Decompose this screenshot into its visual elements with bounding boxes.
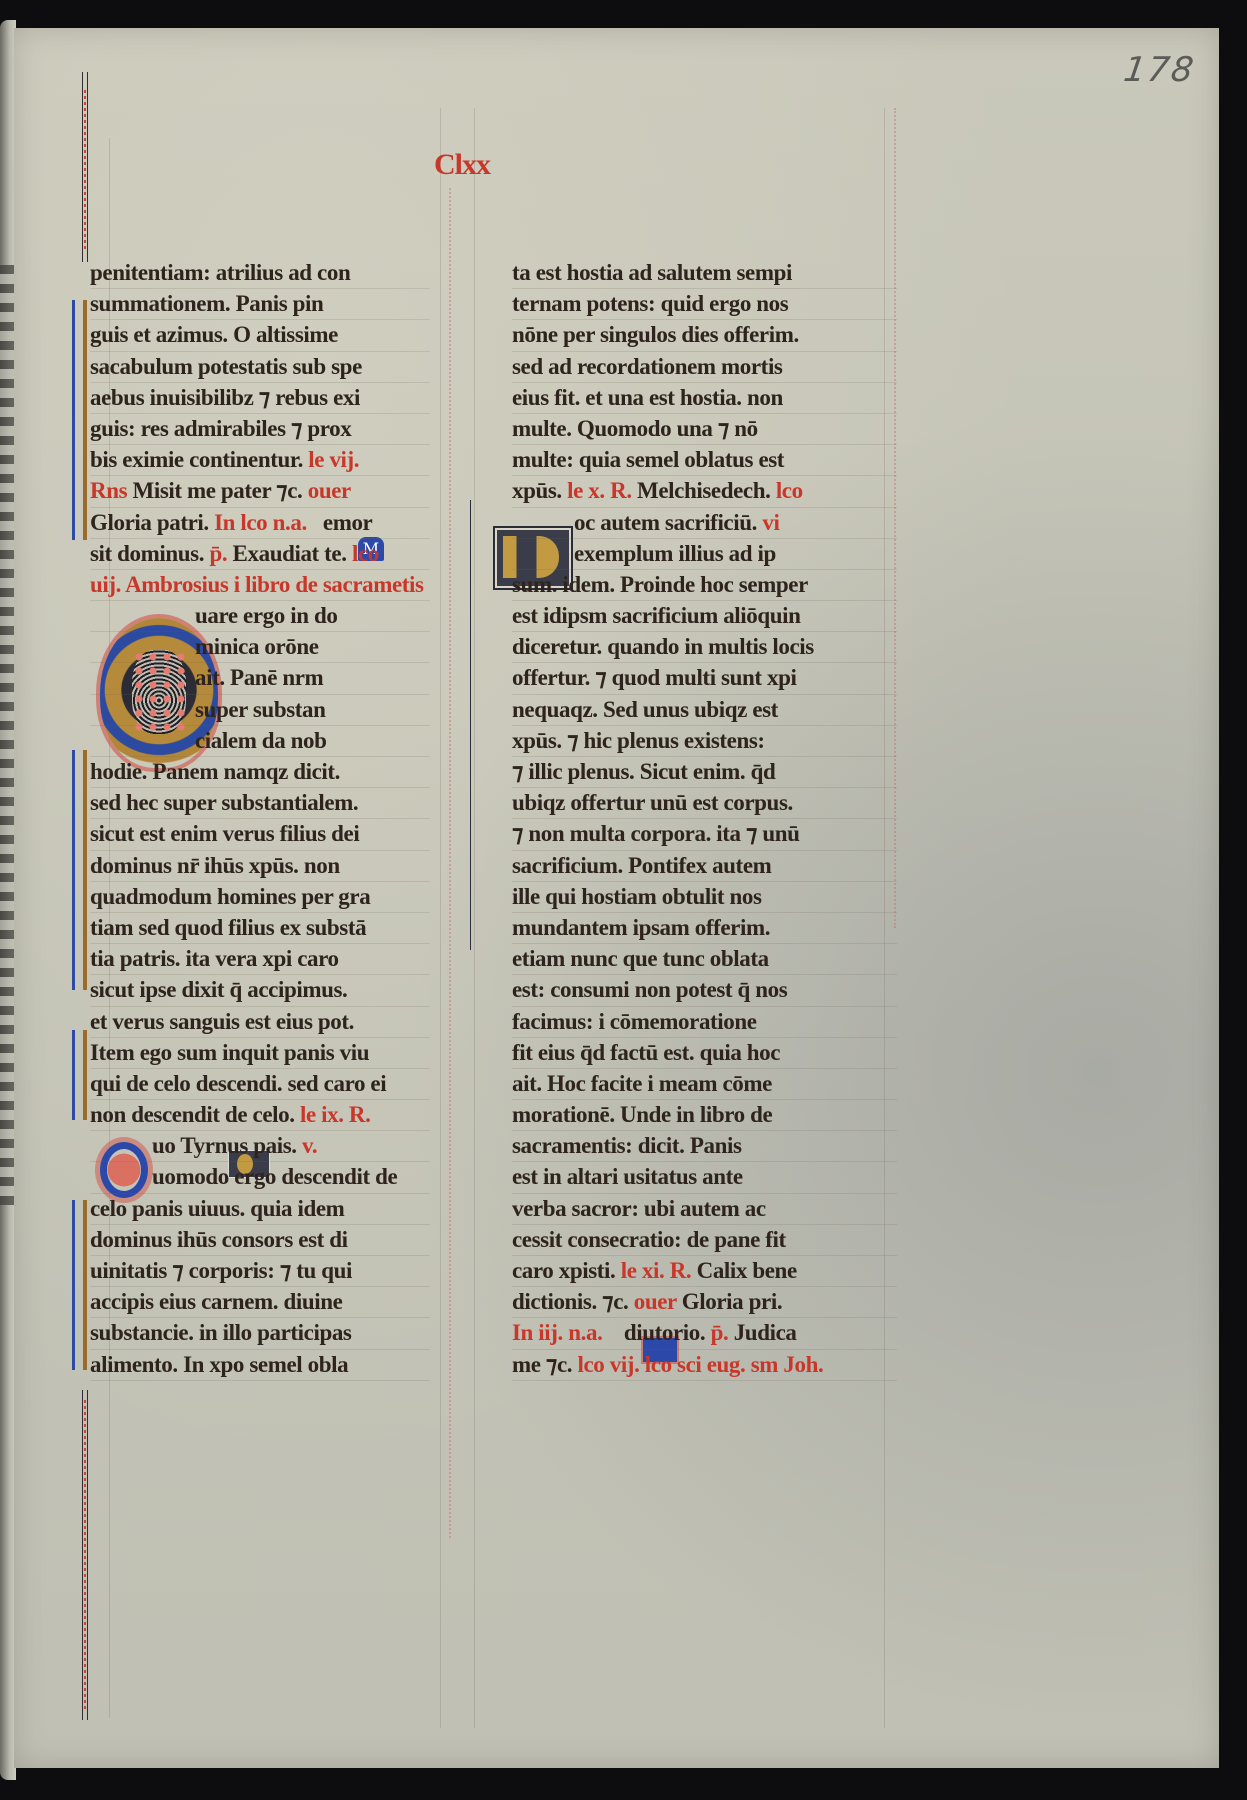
text-line: eius fit. et una est hostia. non <box>512 383 897 414</box>
pen-flourish <box>72 400 87 540</box>
text-line: cialem da nob <box>90 726 430 757</box>
pen-flourish <box>72 1200 87 1370</box>
rubric: p̄. <box>711 1320 729 1345</box>
text-line: celo panis uiuus. quia idem <box>90 1194 430 1225</box>
text-line: me ⁊c. lco vij. lco sci eug. sm Joh. <box>512 1350 897 1381</box>
text-line: sacramentis: dicit. Panis <box>512 1131 897 1162</box>
ruling-line-vertical <box>474 108 475 1728</box>
text-line: ait. Hoc facite i meam cōme <box>512 1069 897 1100</box>
text-line: super substan <box>90 695 430 726</box>
text-line: quadmodum homines per gra <box>90 882 430 913</box>
text-line: facimus: i cōmemoratione <box>512 1007 897 1038</box>
text-line: summationem. Panis pin <box>90 289 430 320</box>
text-line: guis et azimus. O altissime <box>90 320 430 351</box>
text-line: non descendit de celo. le ix. R. <box>90 1100 430 1131</box>
text-line: caro xpisti. le xi. R. Calix bene <box>512 1256 897 1287</box>
text-line: ta est hostia ad salutem sempi <box>512 258 897 289</box>
text-line: etiam nunc que tunc oblata <box>512 944 897 975</box>
text-line: sicut est enim verus filius dei <box>90 819 430 850</box>
rubric: le xi. R. <box>621 1258 692 1283</box>
text-line: diceretur. quando in multis locis <box>512 632 897 663</box>
text-line: offertur. ⁊ quod multi sunt xpi <box>512 663 897 694</box>
text-column-left: penitentiam: atrilius ad con summationem… <box>90 258 430 1381</box>
text-line: Item ego sum inquit panis viu <box>90 1038 430 1069</box>
text-line: xpūs. le x. R. Melchisedech. lco <box>512 476 897 507</box>
rubric: lco vij. lco sci eug. sm Joh. <box>577 1352 823 1377</box>
text-line: morationē. Unde in libro de <box>512 1100 897 1131</box>
text-line: Rns Misit me pater ⁊c. ouer <box>90 476 430 507</box>
text-line: guis: res admirabiles ⁊ prox <box>90 414 430 445</box>
text-line: alimento. In xpo semel obla <box>90 1350 430 1381</box>
text-line: ternam potens: quid ergo nos <box>512 289 897 320</box>
text-line: uare ergo in do <box>90 601 430 632</box>
rubric: In lco n.a. <box>214 510 307 535</box>
text-line: penitentiam: atrilius ad con <box>90 258 430 289</box>
text-line: et verus sanguis est eius pot. <box>90 1007 430 1038</box>
rubric: p̄. <box>209 541 227 566</box>
text-line: Gloria patri. In lco n.a. emor <box>90 508 430 539</box>
rubric: In iij. n.a. <box>512 1320 602 1345</box>
rubric: le ix. R. <box>300 1102 371 1127</box>
text-line: tia patris. ita vera xpi caro <box>90 944 430 975</box>
text-line: sicut ipse dixit q̄ accipimus. <box>90 975 430 1006</box>
text-line: exemplum illius ad ip <box>512 539 897 570</box>
text-line: nequaqz. Sed unus ubiqz est <box>512 695 897 726</box>
text-line: verba sacror: ubi autem ac <box>512 1194 897 1225</box>
rubric: ouer <box>308 478 351 503</box>
text-line: ⁊ non multa corpora. ita ⁊ unū <box>512 819 897 850</box>
text-line: uij. Ambrosius i libro de sacrametis <box>90 570 430 601</box>
text-line: mundantem ipsam offerim. <box>512 913 897 944</box>
text-line: multe: quia semel oblatus est <box>512 445 897 476</box>
text-line: minica orōne <box>90 632 430 663</box>
text-line: multe. Quomodo una ⁊ nō <box>512 414 897 445</box>
rubric: ouer <box>634 1289 677 1314</box>
pen-flourish <box>72 300 87 400</box>
rubric: v. <box>302 1133 317 1158</box>
text-line: est: consumi non potest q̄ nos <box>512 975 897 1006</box>
text-line: est in altari usitatus ante <box>512 1162 897 1193</box>
text-line: nōne per singulos dies offerim. <box>512 320 897 351</box>
text-line: dominus nr̄ ihūs xpūs. non <box>90 851 430 882</box>
text-line: accipis eius carnem. diuine <box>90 1287 430 1318</box>
text-line: tiam sed quod filius ex substā <box>90 913 430 944</box>
text-line: cessit consecratio: de pane fit <box>512 1225 897 1256</box>
text-line: fit eius q̄d factū est. quia hoc <box>512 1038 897 1069</box>
text-line: uo Tyrnus pais. v. <box>90 1131 430 1162</box>
text-line: uomodo ergo descendit de <box>90 1162 430 1193</box>
border-bar-red-fill <box>84 1400 86 1710</box>
text-line: hodie. Panem namqz dicit. <box>90 757 430 788</box>
rubric: uij. Ambrosius i libro de sacrametis <box>90 572 424 597</box>
text-line: sit dominus. p̄. Exaudiat te. lco <box>90 539 430 570</box>
text-line: ait. Panē nrm <box>90 663 430 694</box>
text-line: In iij. n.a. diutorio. p̄. Judica <box>512 1318 897 1349</box>
text-line: sed hec super substantialem. <box>90 788 430 819</box>
previous-leaf-text-strip <box>0 265 14 1205</box>
text-line: dictionis. ⁊c. ouer Gloria pri. <box>512 1287 897 1318</box>
text-line: ille qui hostiam obtulit nos <box>512 882 897 913</box>
text-line: substancie. in illo participas <box>90 1318 430 1349</box>
pen-flourish <box>72 1030 87 1120</box>
rubric: le x. R. <box>567 478 632 503</box>
text-column-right: ta est hostia ad salutem sempi ternam po… <box>512 258 897 1381</box>
text-line: aebus inuisibilibz ⁊ rebus exi <box>90 383 430 414</box>
rubric: vi <box>762 510 779 535</box>
rubric: lco <box>352 541 379 566</box>
text-line: ⁊ illic plenus. Sicut enim. q̄d <box>512 757 897 788</box>
text-line: uinitatis ⁊ corporis: ⁊ tu qui <box>90 1256 430 1287</box>
pen-flourish-line <box>470 500 471 950</box>
rubric: lco <box>776 478 803 503</box>
text-line: sacrificium. Pontifex autem <box>512 851 897 882</box>
text-line: bis eximie continentur. le vij. <box>90 445 430 476</box>
text-line: sacabulum potestatis sub spe <box>90 352 430 383</box>
text-line: sum. idem. Proinde hoc semper <box>512 570 897 601</box>
text-line: xpūs. ⁊ hic plenus existens: <box>512 726 897 757</box>
show-through-flourish <box>449 188 451 1538</box>
text-line: ubiqz offertur unū est corpus. <box>512 788 897 819</box>
pen-flourish <box>72 750 87 990</box>
rubric: Rns <box>90 478 127 503</box>
text-line: qui de celo descendi. sed caro ei <box>90 1069 430 1100</box>
folio-number: 178 <box>1121 50 1198 90</box>
running-head: Clxx <box>434 148 490 182</box>
border-bar-red-fill <box>84 90 86 250</box>
rubric: le vij. <box>308 447 359 472</box>
ruling-line-vertical <box>440 108 441 1728</box>
text-line: oc autem sacrificiū. vi <box>512 508 897 539</box>
text-line: dominus ihūs consors est di <box>90 1225 430 1256</box>
text-line: est idipsm sacrificium aliōquin <box>512 601 897 632</box>
text-line: sed ad recordationem mortis <box>512 352 897 383</box>
